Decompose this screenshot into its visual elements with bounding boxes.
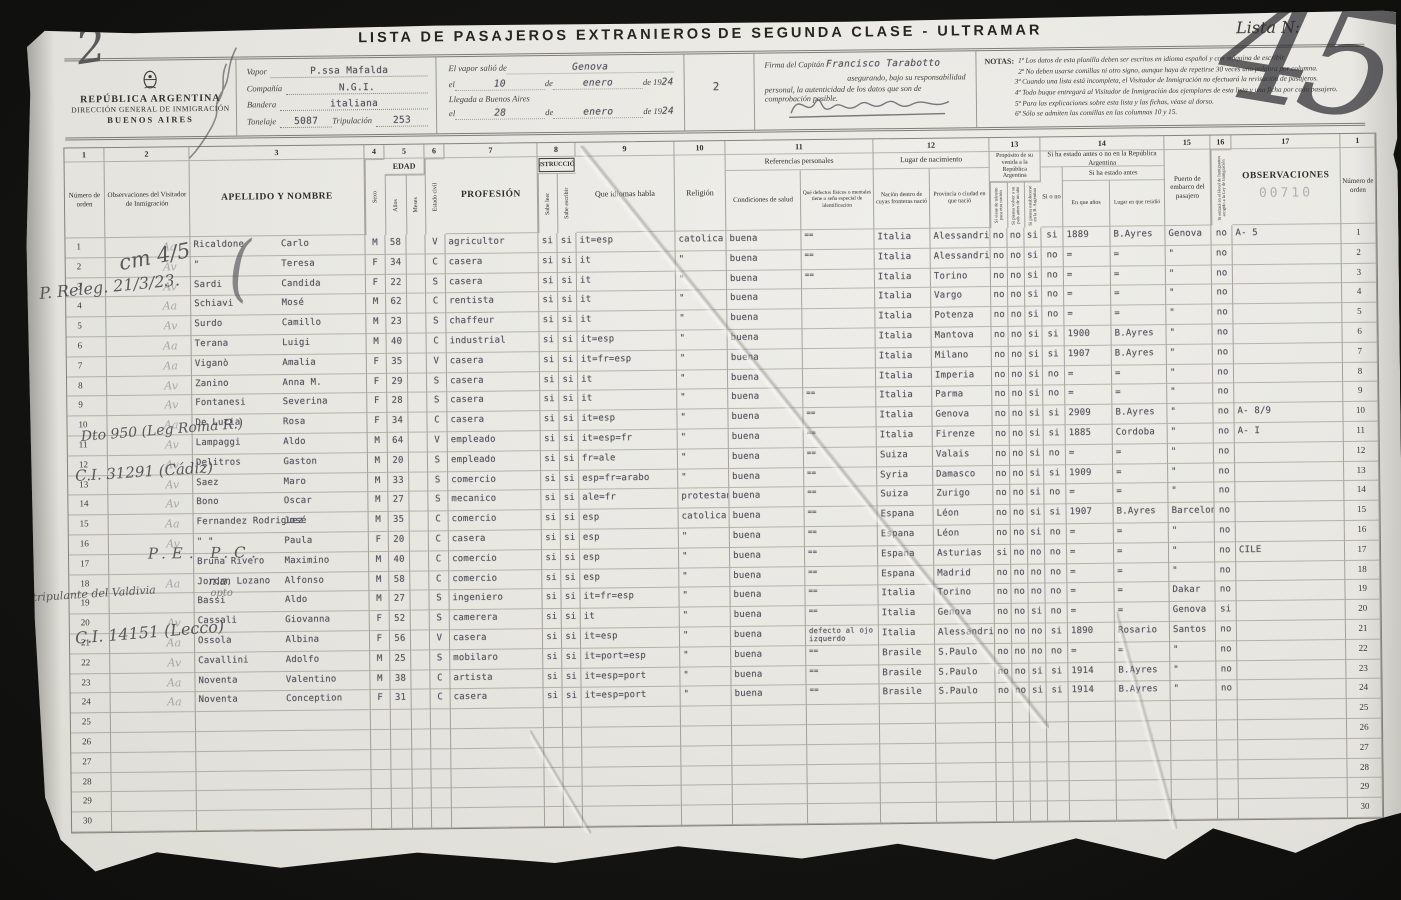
cell-id [582,766,681,787]
cell-ec: C [427,333,447,353]
cell-am [409,472,428,492]
cell-ay: 35 [389,512,410,532]
cell-pr [451,768,544,789]
cell-p1: no [994,525,1011,545]
passenger-given-name: Valentino [286,674,337,685]
cell-p1: no [995,624,1012,644]
cell-es: si [558,253,577,273]
cell-ob [1234,363,1343,384]
cell-sa: buena [731,626,806,647]
cell-ec: V [427,353,447,373]
cell-pu [1171,720,1217,740]
cell-sa [733,804,808,825]
cell-ob [1237,660,1346,681]
cell-n: 16 [69,535,109,555]
cell-mark: Aa [110,673,195,694]
cell-p2: no [1011,584,1028,604]
cell-ap: ViganòAmalia [192,354,367,376]
cell-am [408,333,427,353]
cell-am [407,294,426,314]
cell-sn: si [1042,326,1064,346]
cell-ho: no [1215,522,1236,542]
cell-ob [1233,303,1342,324]
cell-pr: chaffeur [446,312,539,333]
cell-ho: no [1211,225,1232,245]
cell-le: si [542,510,561,530]
cell-de [802,328,875,349]
cell-ec: C [427,412,447,432]
cell-lu: = [1111,266,1166,286]
cell-sx: M [369,512,389,532]
cell-na: Italia [876,387,932,407]
cell-an: = [1066,484,1113,504]
cell-sx [372,789,392,809]
cell-ob [1239,798,1348,819]
cell-id: it [577,311,676,332]
cell-n: 27 [71,753,111,773]
cell-sn [1047,722,1069,742]
cell-pu: " [1169,522,1215,542]
cell-ay: 27 [388,492,409,512]
cell-id [582,727,681,748]
cell-ec: C [426,254,446,274]
cell-sn: no [1044,445,1066,465]
cell-p1: no [991,267,1008,287]
cell-le: si [541,431,560,451]
col-num-15: 15 [1164,136,1210,151]
col-num-13: 13 [989,137,1040,152]
cell-sn: no [1042,306,1064,326]
cell-na: Espana [878,506,934,526]
llegada-day: 28 [455,107,545,120]
cell-p2: no [1012,663,1029,683]
cell-pr: mobilaro [450,649,543,670]
cell-re: " [678,469,729,489]
col-num-14: 14 [1040,136,1164,151]
cell-es: si [563,688,582,708]
col-num-7: 7 [444,143,537,158]
salida-day: 10 [455,78,545,91]
cell-na: Italia [875,308,931,328]
cell-am [411,650,430,670]
cell-p3 [1030,742,1047,762]
cell-de: == [806,665,879,686]
cell-sx [371,710,391,730]
cell-pv: Firenze [933,426,993,446]
cell-nr: 5 [1342,303,1377,323]
cell-ho: no [1215,542,1236,562]
cell-de: == [804,467,877,488]
cell-an: 1900 [1064,326,1111,346]
cell-ay: 62 [386,294,407,314]
passenger-given-name: Conception [286,694,342,705]
cell-pr: casera [447,372,540,393]
cell-pr: casera [446,273,539,294]
cell-pr: casera [447,392,540,413]
cell-lu: = [1114,563,1169,583]
cell-ho: no [1217,681,1238,701]
cell-pu: " [1168,423,1214,443]
cell-sn [1047,762,1069,782]
cell-es [563,747,582,767]
passenger-given-name: Carlo [281,239,309,249]
cell-sx: F [367,354,387,374]
col-num-9: 9 [575,142,674,157]
cell-n: 5 [66,317,106,337]
header-hotel-inmigrantes: Si entrará en el Hotel de Inmigrantes ac… [1210,149,1232,225]
cell-le: si [538,233,557,253]
cell-p2: no [1010,485,1027,505]
cell-sn: no [1046,643,1068,663]
cell-pr: casera [447,352,540,373]
cell-sx: F [366,255,386,275]
cell-ap: NoventaValentino [195,671,370,693]
header-si-ha-estado: Si ha estado antes [1063,166,1165,181]
cell-pu: " [1167,384,1213,404]
cell-pv: Genova [932,406,992,426]
cell-de: defecto al ojo izquerdo [806,625,879,646]
title-bar: LISTA DE PASAJEROS EXTRANIEROS DE SEGUND… [24,10,1396,26]
cell-lu: = [1114,523,1169,543]
cell-ho: no [1214,443,1235,463]
cell-pu: " [1170,661,1216,681]
cell-na: Brasile [879,664,935,684]
cell-ec: S [426,274,446,294]
cell-es: si [561,569,580,589]
cell-n: 1 [65,238,105,258]
passenger-surname: Zanino [195,378,229,388]
cell-pr: industrial [447,332,540,353]
form-header-band: REPÚBLICA ARGENTINA DIRECCIÓN GENERAL DE… [64,44,1365,141]
cell-pu: Genova [1165,226,1211,246]
cell-sa: buena [730,507,805,528]
cell-ho: no [1212,304,1233,324]
cell-sa: buena [729,468,804,489]
cell-sx: F [369,532,389,552]
cell-p3: si [1028,524,1045,544]
cell-sa: buena [731,666,806,687]
cell-ap [196,770,371,792]
cell-pv [937,782,997,802]
cell-lu [1117,780,1172,800]
cell-mark: Aa [111,692,196,713]
cell-ob [1233,283,1342,304]
cell-es: si [559,411,578,431]
passenger-given-name: Aldo [283,437,306,447]
cell-pv: Milano [932,347,992,367]
cell-sx: F [371,690,391,710]
cell-de: == [806,645,879,666]
cell-p1: no [991,287,1008,307]
header-edad: EDAD [385,158,425,174]
cell-sn: no [1045,584,1067,604]
cell-n: 4 [66,297,106,317]
cell-sa: buena [729,488,804,509]
cell-na: Syria [877,466,933,486]
cell-pv: Alessandria [931,248,991,268]
passenger-given-name: Gaston [283,456,317,466]
cell-sx: M [369,571,389,591]
header-observaciones: OBSERVACIONES 00710 [1231,148,1341,225]
header-profesion: PROFESIÓN [445,157,539,234]
cell-id: esp [580,568,679,589]
cell-re: " [677,370,728,390]
cell-ay: 33 [388,472,409,492]
cell-de: == [805,546,878,567]
cell-id [582,746,681,767]
cell-re [682,805,733,825]
cell-id: it=fr=esp [578,350,677,371]
cell-pr: comercio [449,510,542,531]
de-label2: de [545,107,553,117]
cell-le [544,708,563,728]
cell-pu: " [1166,265,1212,285]
cell-le [544,728,563,748]
cell-an: 1909 [1066,464,1113,484]
cell-pv: Madrid [934,565,994,585]
cell-ec [431,709,451,729]
cell-am [410,512,429,532]
cell-pr: mecanico [448,491,541,512]
cell-pu: Genova [1170,602,1216,622]
cell-pv: Damasco [933,466,993,486]
cell-an [1069,741,1116,761]
cell-le: si [540,411,559,431]
cell-es: si [558,312,577,332]
cell-ec [431,769,451,789]
passenger-given-name: Adolfo [286,654,320,664]
cell-p3: si [1026,406,1043,426]
cell-sx: M [368,492,388,512]
cell-lu: = [1111,285,1166,305]
cell-es: si [560,450,579,470]
cell-ec: C [429,511,449,531]
cell-pr: rentista [446,293,539,314]
cell-n: 2 [66,258,106,278]
cell-ho: no [1212,324,1233,344]
cell-an: = [1065,365,1112,385]
cell-p1: no [992,406,1009,426]
bandera-label: Bandera [247,99,276,109]
cell-nr: 8 [1343,362,1378,382]
cell-sn: no [1043,386,1065,406]
cell-re [681,766,732,786]
cell-sn: no [1044,485,1066,505]
cell-sx: M [368,433,388,453]
cell-lu: B.Ayres [1115,662,1170,682]
cell-lu: = [1111,246,1166,266]
cell-ec: V [428,432,448,452]
cell-sn: si [1047,683,1069,703]
cell-an: 1907 [1065,345,1112,365]
cell-de [803,348,876,369]
passenger-surname: Bono [196,497,219,507]
passenger-given-name: Camillo [282,318,321,328]
cell-an: = [1068,642,1115,662]
cell-sa: buena [727,309,802,330]
cell-an [1069,722,1116,742]
cell-ay: 56 [390,631,411,651]
cell-sx: F [367,393,387,413]
cell-p1 [996,743,1013,763]
cell-ap: FontanesiSeverina [192,394,367,416]
salida-label: El vapor salió de [448,63,506,74]
cell-pv: Torino [934,584,994,604]
cell-re: " [680,667,731,687]
cell-sa: buena [728,369,803,390]
cell-sa: buena [728,349,803,370]
cell-pv: Alessandria [935,624,995,644]
header-observaciones-visitador: Observaciones del Visitador de Inmigraci… [105,161,191,238]
cell-de [803,368,876,389]
cell-es: si [560,470,579,490]
cell-sn [1047,742,1069,762]
cell-es: si [558,292,577,312]
cell-n: 9 [67,396,107,416]
cell-lu: B.Ayres [1111,325,1166,345]
cell-pu: " [1167,404,1213,424]
header-sexo: Sexo [365,159,386,235]
cell-pr: casera [450,629,543,650]
cell-mark: Aa [106,297,191,318]
cell-mark [111,712,196,733]
cell-ec: C [431,690,451,710]
tonelaje-value: 5087 [280,115,332,128]
cell-id: esp [580,548,679,569]
typed-page-mark: 2 [713,80,720,93]
cell-am [408,413,427,433]
cell-ay: 35 [387,353,408,373]
cell-nr: 1 [1341,224,1376,244]
cell-p1 [997,802,1014,822]
cell-pu: " [1166,245,1212,265]
header-puerto-embarco: Puerto de embarco del pasajero [1164,150,1211,227]
cell-re: " [676,330,727,350]
cell-p2: no [1010,445,1027,465]
cell-p2: no [1008,307,1025,327]
cell-ho: no [1213,403,1234,423]
cell-na [880,704,936,724]
passenger-given-name: Teresa [281,259,315,269]
cell-le: si [540,332,559,352]
cell-p2: no [1010,505,1027,525]
cell-pu [1172,800,1218,820]
cell-pu: " [1166,305,1212,325]
captain-signature [785,85,955,121]
cell-p2: no [1012,604,1029,624]
cell-pv: Valais [933,446,993,466]
cell-es [564,787,583,807]
cell-ec [431,749,451,769]
cell-le: si [543,649,562,669]
cell-p3 [1030,762,1047,782]
cell-re: " [676,310,727,330]
cell-n: 22 [70,654,110,674]
cell-ay: 23 [386,314,407,334]
cell-ay [392,789,413,809]
cell-pu [1172,780,1218,800]
cell-es: si [559,391,578,411]
cell-ap: Fernandez RodriguezJosé [194,512,369,534]
passenger-surname: Noventa [199,695,238,705]
cell-p1: no [996,683,1013,703]
cell-ay: 29 [387,373,408,393]
cell-an: = [1067,543,1114,563]
cell-sx: F [366,275,386,295]
gap-box: 2 [684,54,755,131]
cell-de: == [802,249,875,270]
cell-p2: no [1009,386,1026,406]
cell-ap [196,710,371,732]
cell-id: it [577,291,676,312]
cell-mark [111,732,196,753]
cell-pr: comercio [449,570,542,591]
cell-pu: " [1168,463,1214,483]
cell-n: 8 [67,377,107,397]
cell-p3 [1031,782,1048,802]
cell-ob [1237,640,1346,661]
cell-le: si [543,629,562,649]
cell-pu: " [1168,443,1214,463]
cell-sa [732,725,807,746]
passenger-surname: Fontanesi [195,398,246,409]
cell-an [1070,801,1117,821]
cell-es: si [558,272,577,292]
cell-ho: no [1216,621,1237,641]
cell-p2: no [1009,406,1026,426]
passenger-given-name: Maro [284,476,307,486]
cell-le: si [542,530,561,550]
cell-p2: no [1011,525,1028,545]
cell-re: " [677,350,728,370]
cell-an: = [1068,603,1115,623]
cell-nr: 30 [1348,798,1383,818]
cell-am [408,353,427,373]
cell-id: it [581,608,680,629]
cell-ec: S [429,591,449,611]
cell-ay: 27 [389,591,410,611]
llegada-month: enero [553,105,643,118]
passenger-given-name: Giovanna [285,615,330,626]
cell-am [407,314,426,334]
cell-le: si [540,352,559,372]
cell-id: esp [580,509,679,530]
captain-line2: asegurando, bajo su responsabilidad [765,72,966,83]
cell-es: si [561,549,580,569]
cell-nr: 16 [1345,521,1380,541]
cell-p3: si [1025,267,1042,287]
cell-ho [1217,720,1238,740]
cell-na: Italia [875,328,931,348]
cell-ap: SardiCandida [191,275,366,297]
cell-de [808,803,881,824]
cell-de: == [805,566,878,587]
cell-lu: = [1114,543,1169,563]
header-lugar-residio: Lugar en que residió [1110,180,1166,227]
cell-ay: 52 [390,611,411,631]
cell-sa: buena [729,428,804,449]
cell-le: si [540,391,559,411]
cell-es [563,728,582,748]
cell-sa [732,765,807,786]
cell-p2 [1013,703,1030,723]
cell-sa [732,705,807,726]
cell-sn: si [1043,405,1065,425]
cell-sx: M [367,334,387,354]
cell-ec [432,808,452,828]
cell-ay: 25 [390,650,411,670]
cell-nr: 26 [1347,719,1382,739]
